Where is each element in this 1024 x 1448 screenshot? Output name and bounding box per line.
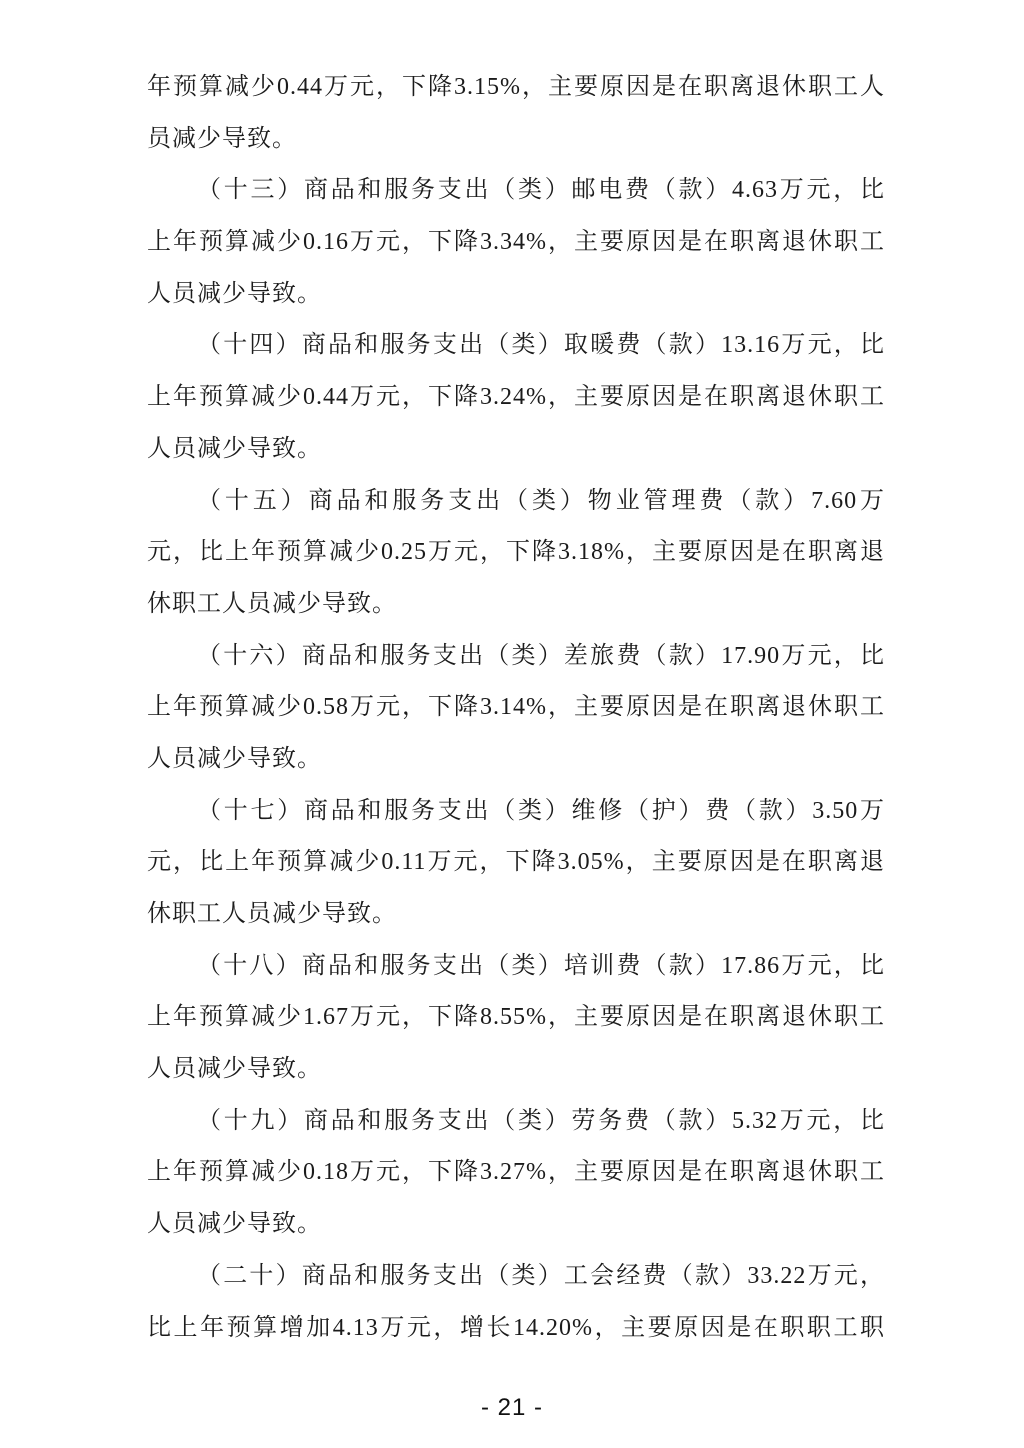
text-line: 上年预算减少0.58万元，下降3.14%，主要原因是在职离退休职工 (147, 682, 885, 734)
text-line: 人员减少导致。 (147, 424, 885, 476)
text-line: （十九）商品和服务支出（类）劳务费（款）5.32万元，比 (147, 1096, 885, 1148)
text-line: （十三）商品和服务支出（类）邮电费（款）4.63万元，比 (147, 165, 885, 217)
text-line: 元，比上年预算减少0.25万元，下降3.18%，主要原因是在职离退 (147, 527, 885, 579)
page-footer: - 21 - (0, 1394, 1024, 1422)
text-line: 人员减少导致。 (147, 269, 885, 321)
text-line: 年预算减少0.44万元，下降3.15%，主要原因是在职离退休职工人 (147, 62, 885, 114)
text-line: 休职工人员减少导致。 (147, 579, 885, 631)
text-line: （二十）商品和服务支出（类）工会经费（款）33.22万元， (147, 1251, 885, 1303)
page-number: - 21 - (481, 1394, 543, 1421)
document-body: 年预算减少0.44万元，下降3.15%，主要原因是在职离退休职工人员减少导致。（… (147, 62, 885, 1354)
text-line: （十六）商品和服务支出（类）差旅费（款）17.90万元，比 (147, 631, 885, 683)
text-line: 休职工人员减少导致。 (147, 889, 885, 941)
text-line: （十七）商品和服务支出（类）维修（护）费（款）3.50万 (147, 786, 885, 838)
text-line: （十八）商品和服务支出（类）培训费（款）17.86万元，比 (147, 941, 885, 993)
text-line: 上年预算减少0.16万元，下降3.34%，主要原因是在职离退休职工 (147, 217, 885, 269)
text-line: 员减少导致。 (147, 114, 885, 166)
text-line: 上年预算减少0.44万元，下降3.24%，主要原因是在职离退休职工 (147, 372, 885, 424)
text-line: 人员减少导致。 (147, 1199, 885, 1251)
document-page: 年预算减少0.44万元，下降3.15%，主要原因是在职离退休职工人员减少导致。（… (0, 0, 1024, 1448)
text-line: 上年预算减少1.67万元，下降8.55%，主要原因是在职离退休职工 (147, 992, 885, 1044)
text-line: （十五）商品和服务支出（类）物业管理费（款）7.60万 (147, 476, 885, 528)
text-line: 元，比上年预算减少0.11万元，下降3.05%，主要原因是在职离退 (147, 837, 885, 889)
text-line: 人员减少导致。 (147, 734, 885, 786)
text-line: （十四）商品和服务支出（类）取暖费（款）13.16万元，比 (147, 320, 885, 372)
text-line: 人员减少导致。 (147, 1044, 885, 1096)
text-line: 比上年预算增加4.13万元，增长14.20%，主要原因是在职职工职 (147, 1303, 885, 1355)
text-line: 上年预算减少0.18万元，下降3.27%，主要原因是在职离退休职工 (147, 1147, 885, 1199)
